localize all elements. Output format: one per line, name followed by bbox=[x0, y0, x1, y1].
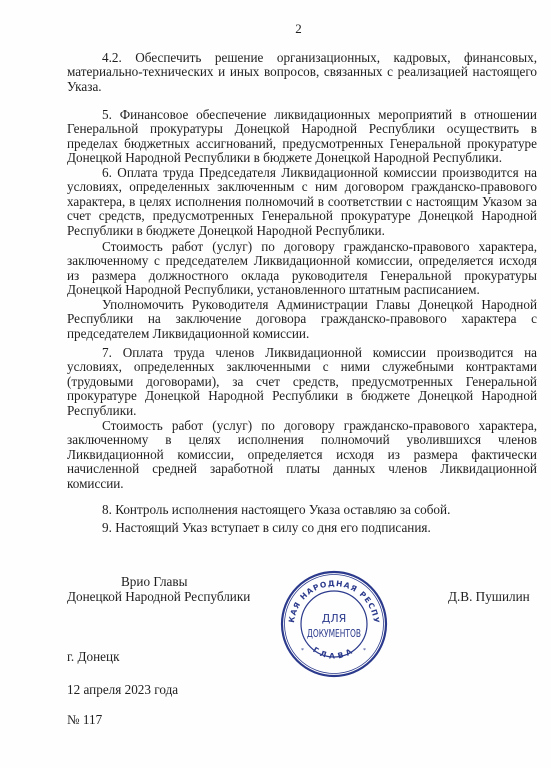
footer-date: 12 апреля 2023 года bbox=[67, 683, 178, 697]
svg-text:*: * bbox=[301, 648, 304, 654]
stamp-seal-icon: ДОНЕЦКАЯ НАРОДНАЯ РЕСПУБЛИКА ГЛАВА * * Д… bbox=[280, 570, 388, 678]
signature-title-line1: Врио Главы bbox=[121, 575, 188, 589]
paragraph-6-authorize: Уполномочить Руководителя Администрации … bbox=[67, 298, 537, 341]
footer-city: г. Донецк bbox=[67, 650, 119, 664]
signature-title-line2: Донецкой Народной Республики bbox=[67, 590, 250, 604]
paragraph-7: 7. Оплата труда членов Ликвидационной ко… bbox=[67, 346, 537, 418]
paragraph-6-cost: Стоимость работ (услуг) по договору граж… bbox=[67, 240, 537, 298]
svg-text:ДОКУМЕНТОВ: ДОКУМЕНТОВ bbox=[307, 628, 361, 640]
paragraph-8: 8. Контроль исполнения настоящего Указа … bbox=[67, 503, 537, 517]
paragraph-4-2: 4.2. Обеспечить решение организационных,… bbox=[67, 51, 537, 94]
svg-text:ДЛЯ: ДЛЯ bbox=[322, 612, 347, 625]
svg-text:*: * bbox=[363, 648, 366, 654]
paragraph-6: 6. Оплата труда Председателя Ликвидацион… bbox=[67, 166, 537, 238]
official-stamp: ДОНЕЦКАЯ НАРОДНАЯ РЕСПУБЛИКА ГЛАВА * * Д… bbox=[280, 570, 388, 678]
document-page: 2 4.2. Обеспечить решение организационны… bbox=[0, 0, 551, 768]
page-number: 2 bbox=[0, 21, 551, 37]
svg-text:ГЛАВА: ГЛАВА bbox=[311, 645, 356, 660]
paragraph-5: 5. Финансовое обеспечение ликвидационных… bbox=[67, 108, 537, 166]
paragraph-7-cost: Стоимость работ (услуг) по договору граж… bbox=[67, 419, 537, 491]
signature-name: Д.В. Пушилин bbox=[448, 590, 530, 604]
footer-number: № 117 bbox=[67, 713, 102, 727]
paragraph-9: 9. Настоящий Указ вступает в силу со дня… bbox=[67, 521, 537, 535]
